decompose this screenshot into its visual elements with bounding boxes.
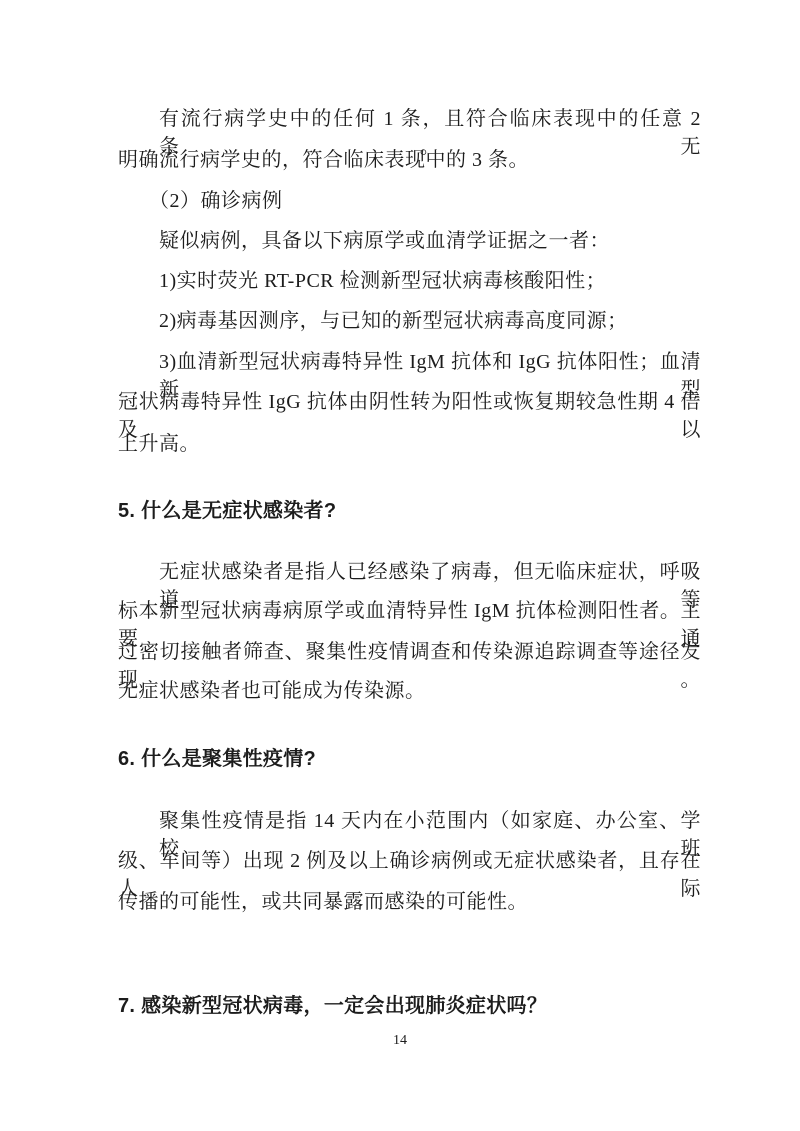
section-6-heading: 6. 什么是聚集性疫情?: [118, 745, 701, 773]
page-number: 14: [0, 1033, 800, 1049]
text-line: 传播的可能性，或共同暴露而感染的可能性。: [118, 888, 701, 916]
document-page: 有流行病学史中的任何 1 条，且符合临床表现中的任意 2 条。无 明确流行病学史…: [0, 0, 800, 1131]
text-line: 无症状感染者也可能成为传染源。: [118, 677, 701, 705]
text-line: （2）确诊病例: [118, 187, 701, 215]
section-7-heading: 7. 感染新型冠状病毒，一定会出现肺炎症状吗？: [118, 992, 701, 1020]
text-line: 2)病毒基因测序，与已知的新型冠状病毒高度同源；: [118, 307, 701, 335]
text-line: 疑似病例，具备以下病原学或血清学证据之一者：: [118, 227, 701, 255]
text-line: 明确流行病学史的，符合临床表现中的 3 条。: [118, 146, 701, 174]
text-line: 上升高。: [118, 430, 701, 458]
text-line: 1)实时荧光 RT-PCR 检测新型冠状病毒核酸阳性；: [118, 267, 701, 295]
section-5-heading: 5. 什么是无症状感染者?: [118, 497, 701, 525]
